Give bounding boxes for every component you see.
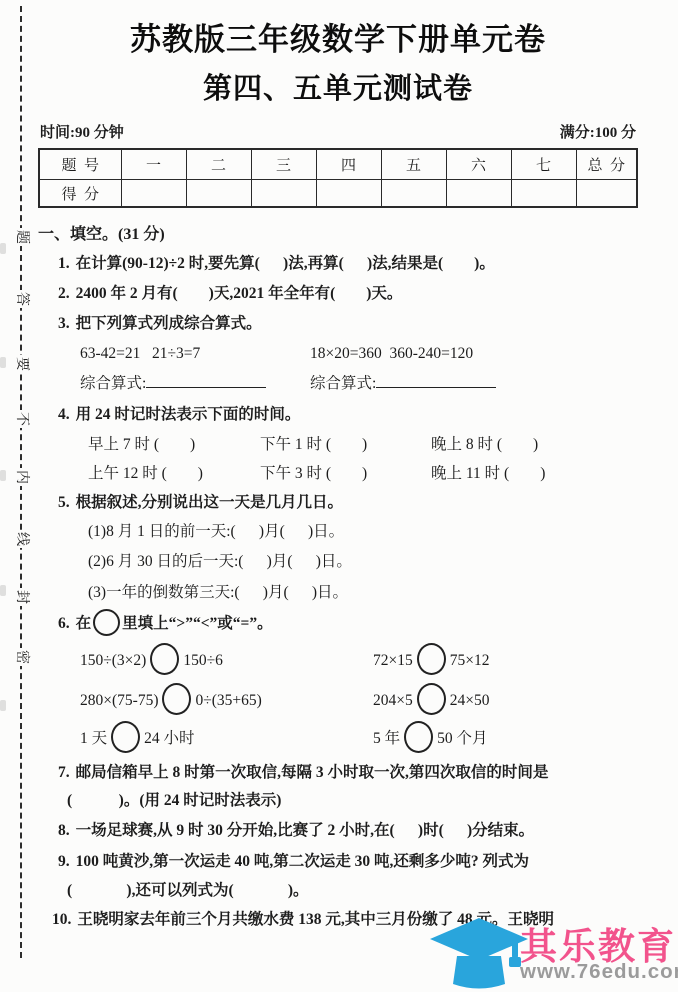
time-item: 早上 7 时 ( ) xyxy=(88,430,260,460)
question-9: 9.100 吨黄沙,第一次运走 40 吨,第二次运走 30 吨,还剩多少吨? 列… xyxy=(38,847,644,877)
question-8: 8.一场足球赛,从 9 时 30 分开始,比赛了 2 小时,在( )时( )分结… xyxy=(38,815,644,847)
score-table-header-cell: 四 xyxy=(316,149,381,180)
question-text: 邮局信箱早上 8 时第一次取信,每隔 3 小时取一次,第四次取信的时间是 xyxy=(76,764,549,781)
question-number: 3. xyxy=(58,315,70,332)
exam-paper: 题 答 要 不 内 线 封 密 苏教版三年级数学下册单元卷 第四、五单元测试卷 … xyxy=(0,0,678,992)
question-4-times-row-1: 早上 7 时 ( )下午 1 时 ( )晚上 8 时 ( ) xyxy=(38,430,644,460)
answer-line-text: ( ),还可以列式为( )。 xyxy=(67,882,309,899)
score-table-score-row: 得 分 xyxy=(39,180,637,208)
compound-expression-right: 综合算式: xyxy=(310,368,496,400)
compound-expression-label: 综合算式: xyxy=(310,375,376,392)
question-text: 用 24 时记时法表示下面的时间。 xyxy=(76,406,301,423)
score-table-header-cell: 三 xyxy=(251,149,316,180)
seal-line-char: 不 xyxy=(12,410,30,428)
compare-right: 204×524×50 xyxy=(373,681,490,720)
seal-line-char: 封 xyxy=(12,588,30,606)
scan-artifact xyxy=(0,585,6,596)
answer-blank xyxy=(376,373,496,388)
scan-artifact xyxy=(0,243,6,254)
seal-line-char: 要 xyxy=(12,355,30,373)
score-table-header-cell: 一 xyxy=(121,149,186,180)
paper-title: 苏教版三年级数学下册单元卷 xyxy=(38,14,638,59)
compare-circle-icon xyxy=(150,643,179,675)
expression-left-a: 1 天 xyxy=(80,730,107,747)
question-text: 根据叙述,分别说出这一天是几月几日。 xyxy=(76,494,343,511)
sub-item-text: (1)8 月 1 日的前一天:( )月( )日。 xyxy=(88,523,344,540)
score-cell-empty xyxy=(446,180,511,208)
score-cell-empty xyxy=(121,180,186,208)
question-text: 100 吨黄沙,第一次运走 40 吨,第二次运走 30 吨,还剩多少吨? 列式为 xyxy=(76,853,529,870)
scan-artifact xyxy=(0,357,6,368)
sub-item-text: (2)6 月 30 日的后一天:( )月( )日。 xyxy=(88,553,352,570)
question-4: 4.用 24 时记时法表示下面的时间。 xyxy=(38,400,644,430)
question-text: 把下列算式列成综合算式。 xyxy=(76,315,262,332)
seal-line-char: 答 xyxy=(12,290,30,308)
compare-right: 5 年50 个月 xyxy=(373,720,488,758)
paper-subtitle: 第四、五单元测试卷 xyxy=(38,66,638,107)
expression-right-b: 75×12 xyxy=(450,652,490,669)
score-cell-empty xyxy=(251,180,316,208)
question-number: 2. xyxy=(58,285,70,302)
question-text-post: 里填上“>”“<”或“=”。 xyxy=(122,615,273,632)
answer-line-text: ( )。(用 24 时记时法表示) xyxy=(67,792,281,809)
question-7: 7.邮局信箱早上 8 时第一次取信,每隔 3 小时取一次,第四次取信的时间是 xyxy=(38,758,644,787)
question-3-answer-row: 综合算式:综合算式: xyxy=(38,368,644,400)
time-item: 晚上 8 时 ( ) xyxy=(431,436,538,453)
watermark: 其乐教育 www.76edu.com xyxy=(428,914,678,992)
equations-right: 18×20=360 360-240=120 xyxy=(310,339,473,368)
question-5-sub-3: (3)一年的倒数第三天:( )月( )日。 xyxy=(38,577,644,608)
expression-right-a: 72×15 xyxy=(373,652,413,669)
question-6: 6.在里填上“>”“<”或“=”。 xyxy=(38,608,644,640)
compound-expression-label: 综合算式: xyxy=(80,375,146,392)
question-text-pre: 在 xyxy=(76,615,92,632)
question-text: 2400 年 2 月有( )天,2021 年全年有( )天。 xyxy=(76,285,403,302)
question-number: 6. xyxy=(58,615,70,632)
question-text: 在计算(90-12)÷2 时,要先算( )法,再算( )法,结果是( )。 xyxy=(76,255,495,272)
watermark-url-text: www.76edu.com xyxy=(520,960,678,984)
question-number: 7. xyxy=(58,764,70,781)
compare-circle-icon xyxy=(417,683,446,715)
meta-row: 时间:90 分钟 满分:100 分 xyxy=(40,121,636,142)
expression-left-a: 280×(75-75) xyxy=(80,692,158,709)
question-number: 1. xyxy=(58,255,70,272)
seal-line-char: 题 xyxy=(12,228,30,246)
question-4-times-row-2: 上午 12 时 ( )下午 3 时 ( )晚上 11 时 ( ) xyxy=(38,460,644,488)
question-6-compare-row-2: 280×(75-75)0÷(35+65)204×524×50 xyxy=(38,681,644,720)
time-item: 下午 1 时 ( ) xyxy=(260,430,431,460)
score-table-header-cell: 五 xyxy=(381,149,446,180)
question-3-equations: 63-42=21 21÷3=718×20=360 360-240=120 xyxy=(38,339,644,368)
score-table-header-cell: 二 xyxy=(186,149,251,180)
compare-circle-icon xyxy=(404,721,433,753)
compare-circle-icon xyxy=(93,609,120,636)
expression-right-b: 50 个月 xyxy=(437,730,487,747)
score-table: 题 号 一 二 三 四 五 六 七 总 分 得 分 xyxy=(38,148,638,208)
question-3: 3.把下列算式列成综合算式。 xyxy=(38,309,644,339)
score-cell-empty xyxy=(316,180,381,208)
compare-circle-icon xyxy=(111,721,140,753)
question-6-compare-row-3: 1 天24 小时5 年50 个月 xyxy=(38,720,644,758)
time-item: 下午 3 时 ( ) xyxy=(260,460,431,488)
time-limit-label: 时间:90 分钟 xyxy=(40,121,124,142)
time-item: 晚上 11 时 ( ) xyxy=(431,465,545,482)
full-score-label: 满分:100 分 xyxy=(560,121,636,142)
expression-left-b: 24 小时 xyxy=(144,730,194,747)
question-number: 9. xyxy=(58,853,70,870)
compare-circle-icon xyxy=(417,643,446,675)
question-5-sub-2: (2)6 月 30 日的后一天:( )月( )日。 xyxy=(38,547,644,577)
fill-in-blanks-section: 一、填空。(31 分) 1.在计算(90-12)÷2 时,要先算( )法,再算(… xyxy=(38,220,644,935)
expression-left-b: 150÷6 xyxy=(183,652,223,669)
question-text: 一场足球赛,从 9 时 30 分开始,比赛了 2 小时,在( )时( )分结束。 xyxy=(76,822,535,839)
compare-circle-icon xyxy=(162,683,191,715)
question-1: 1.在计算(90-12)÷2 时,要先算( )法,再算( )法,结果是( )。 xyxy=(38,249,644,279)
seal-line-char: 线 xyxy=(12,530,30,548)
score-cell-empty xyxy=(186,180,251,208)
question-5-sub-1: (1)8 月 1 日的前一天:( )月( )日。 xyxy=(38,517,644,547)
score-cell-empty xyxy=(576,180,637,208)
question-6-compare-row-1: 150÷(3×2)150÷672×1575×12 xyxy=(38,640,644,681)
expression-right-b: 24×50 xyxy=(450,692,490,709)
question-2: 2.2400 年 2 月有( )天,2021 年全年有( )天。 xyxy=(38,279,644,309)
question-number: 5. xyxy=(58,494,70,511)
question-number: 10. xyxy=(52,911,71,928)
score-cell-empty xyxy=(511,180,576,208)
score-table-header-cell: 六 xyxy=(446,149,511,180)
expression-right-a: 5 年 xyxy=(373,730,400,747)
score-row-label-cell: 得 分 xyxy=(39,180,121,208)
scan-artifact xyxy=(0,700,6,711)
expression-left-a: 150÷(3×2) xyxy=(80,652,146,669)
time-item: 上午 12 时 ( ) xyxy=(88,460,260,488)
question-number: 8. xyxy=(58,822,70,839)
answer-blank xyxy=(146,373,266,388)
question-5: 5.根据叙述,分别说出这一天是几月几日。 xyxy=(38,488,644,517)
score-table-header-cell: 七 xyxy=(511,149,576,180)
question-number: 4. xyxy=(58,406,70,423)
seal-line-char: 密 xyxy=(12,648,30,666)
question-7-answer-line: ( )。(用 24 时记时法表示) xyxy=(38,787,644,815)
expression-left-b: 0÷(35+65) xyxy=(195,692,261,709)
graduation-cap-icon xyxy=(428,914,530,992)
score-table-header-row: 题 号 一 二 三 四 五 六 七 总 分 xyxy=(39,149,637,180)
compare-right: 72×1575×12 xyxy=(373,640,490,681)
question-9-answer-line: ( ),还可以列式为( )。 xyxy=(38,877,644,905)
equations-left: 63-42=21 21÷3=7 xyxy=(80,345,200,362)
score-table-header-cell: 题 号 xyxy=(39,149,121,180)
seal-line-char: 内 xyxy=(12,468,30,486)
sub-item-text: (3)一年的倒数第三天:( )月( )日。 xyxy=(88,584,348,601)
section-heading: 一、填空。(31 分) xyxy=(38,220,644,249)
expression-right-a: 204×5 xyxy=(373,692,413,709)
score-cell-empty xyxy=(381,180,446,208)
score-table-header-cell: 总 分 xyxy=(576,149,637,180)
scan-artifact xyxy=(0,470,6,481)
